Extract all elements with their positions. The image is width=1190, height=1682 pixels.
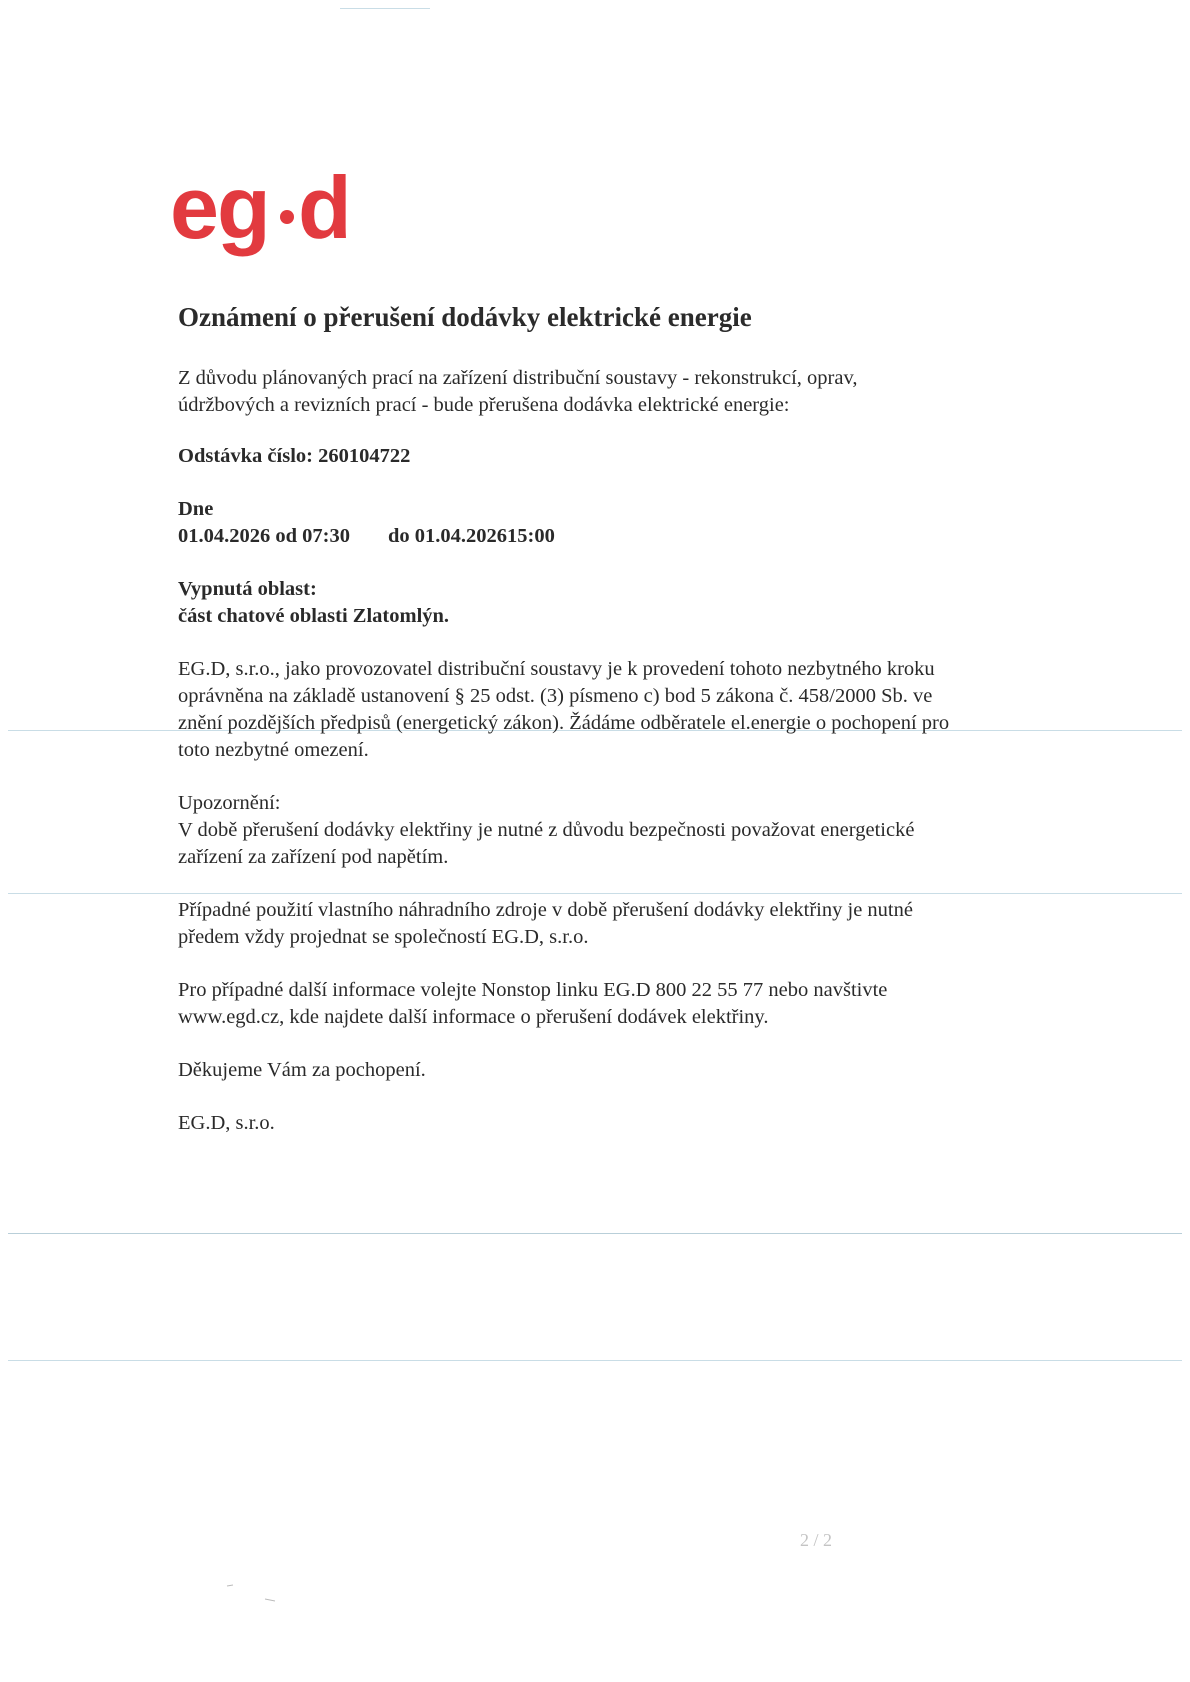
outage-dates: 01.04.2026 od 07:30do 01.04.202615:00	[178, 523, 1078, 550]
svg-text:d: d	[298, 170, 352, 257]
egd-logo: eg d	[170, 170, 380, 260]
backup-source-paragraph: Případné použití vlastního náhradního zd…	[178, 897, 1078, 951]
date-label: Dne	[178, 496, 1078, 523]
area-label: Vypnutá oblast:	[178, 576, 1078, 603]
legal-line: toto nezbytné omezení.	[178, 737, 1078, 764]
signature: EG.D, s.r.o.	[178, 1110, 1078, 1137]
legal-line: EG.D, s.r.o., jako provozovatel distribu…	[178, 656, 1078, 683]
notice-body: Oznámení o přerušení dodávky elektrické …	[178, 302, 1078, 1137]
legal-line: oprávněna na základě ustanovení § 25 ods…	[178, 683, 1078, 710]
intro-line: Z důvodu plánovaných prací na zařízení d…	[178, 365, 1078, 392]
warning-line: zařízení za zařízení pod napětím.	[178, 844, 1078, 871]
outage-from: 01.04.2026 od 07:30	[178, 525, 350, 547]
scan-artifact-line	[8, 1360, 1182, 1361]
outage-number: Odstávka číslo: 260104722	[178, 443, 1078, 470]
scan-speck-icon	[225, 1583, 285, 1603]
warning-line: V době přerušení dodávky elektřiny je nu…	[178, 817, 1078, 844]
thanks-text: Děkujeme Vám za pochopení.	[178, 1057, 1078, 1084]
page-number: 2 / 2	[800, 1530, 832, 1551]
intro-paragraph: Z důvodu plánovaných prací na zařízení d…	[178, 365, 1078, 419]
contact-paragraph: Pro případné další informace volejte Non…	[178, 977, 1078, 1031]
legal-line: znění pozdějších předpisů (energetický z…	[178, 710, 1078, 737]
warning-paragraph: Upozornění: V době přerušení dodávky ele…	[178, 790, 1078, 871]
warning-label: Upozornění:	[178, 790, 1078, 817]
contact-line: www.egd.cz, kde najdete další informace …	[178, 1004, 1078, 1031]
legal-paragraph: EG.D, s.r.o., jako provozovatel distribu…	[178, 656, 1078, 764]
outage-number-label: Odstávka číslo:	[178, 445, 313, 467]
svg-text:eg: eg	[170, 170, 269, 257]
area-value: část chatové oblasti Zlatomlýn.	[178, 603, 1078, 630]
outage-to: do 01.04.202615:00	[388, 525, 555, 547]
scan-artifact-line	[340, 8, 430, 9]
intro-line: údržbových a revizních prací - bude přer…	[178, 392, 1078, 419]
backup-source-line: předem vždy projednat se společností EG.…	[178, 924, 1078, 951]
egd-logo-icon: eg d	[170, 170, 380, 260]
backup-source-line: Případné použití vlastního náhradního zd…	[178, 897, 1078, 924]
contact-line: Pro případné další informace volejte Non…	[178, 977, 1078, 1004]
scan-artifact-line	[8, 1233, 1182, 1234]
notice-title: Oznámení o přerušení dodávky elektrické …	[178, 302, 1078, 333]
outage-number-value: 260104722	[318, 445, 410, 467]
